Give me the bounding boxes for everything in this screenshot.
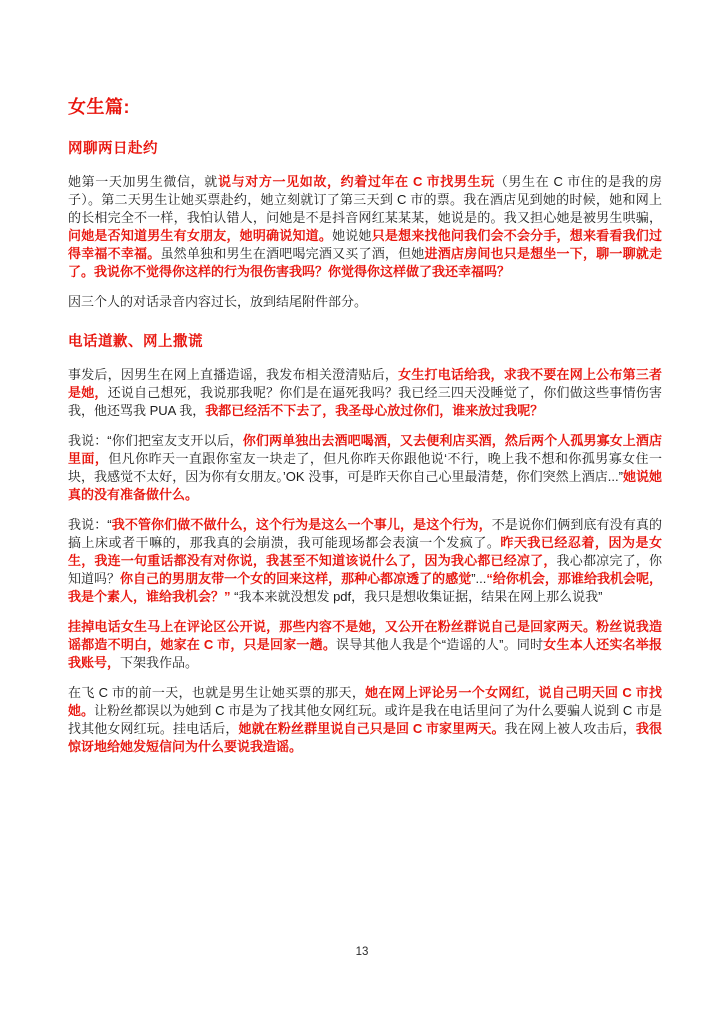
body-text-run: 我说：“: [68, 517, 112, 532]
page-footer: 13: [0, 946, 724, 958]
paragraph: 她第一天加男生微信，就说与对方一见如故，约着过年在 C 市找男生玩（男生在 C …: [68, 173, 662, 281]
document-page: 女生篇:网聊两日赴约她第一天加男生微信，就说与对方一见如故，约着过年在 C 市找…: [0, 0, 724, 1024]
document-content: 女生篇:网聊两日赴约她第一天加男生微信，就说与对方一见如故，约着过年在 C 市找…: [68, 96, 662, 756]
paragraph: 我说：“你们把室友支开以后，你们两单独出去酒吧喝酒，又去便利店买酒，然后两个人孤…: [68, 432, 662, 504]
page-number: 13: [356, 946, 369, 958]
section-heading: 网聊两日赴约: [68, 140, 662, 159]
emphasis-text-run: 说与对方一见如故，约着过年在 C 市找男生玩: [218, 174, 495, 189]
emphasis-text-run: 你自己的男朋友带一个女的回来这样，那种心都凉透了的感觉: [120, 571, 471, 586]
body-text-run: 她说她: [332, 228, 372, 243]
body-text-run: 我在网上被人攻击后，: [505, 721, 636, 736]
body-text-run: 但凡你昨天一直跟你室友一块走了，但凡你昨天你跟他说‘不行，晚上我不想和你孤男寡女…: [68, 451, 662, 484]
body-text-run: 我说：“你们把室友支开以后，: [68, 433, 243, 448]
document-title: 女生篇:: [68, 96, 662, 118]
emphasis-text-run: 她就在粉丝群里说自己只是回 C 市家里两天。: [239, 721, 505, 736]
body-text-run: 虽然单独和男生在酒吧喝完酒又买了酒，但她: [160, 246, 424, 261]
body-text-run: 她第一天加男生微信，就: [68, 174, 218, 189]
body-text-run: 误导其他人我是个“造谣的人”。同时: [336, 637, 543, 652]
paragraph: 我说：“我不管你们做不做什么，这个行为是这么一个事儿，是这个行为，不是说你们俩到…: [68, 516, 662, 606]
body-text-run: 事发后，因男生在网上直播造谣，我发布相关澄清贴后，: [68, 367, 398, 382]
body-text-run: 下架我作品。: [120, 655, 198, 670]
body-text-run: 因三个人的对话录音内容过长，放到结尾附件部分。: [68, 294, 367, 309]
paragraph: 因三个人的对话录音内容过长，放到结尾附件部分。: [68, 293, 662, 311]
emphasis-text-run: 问她是否知道男生有女朋友，她明确说知道。: [68, 228, 332, 243]
emphasis-text-run: 我不管你们做不做什么，这个行为是这么一个事儿，是这个行为，: [112, 517, 492, 532]
paragraph: 在飞 C 市的前一天，也就是男生让她买票的那天，她在网上评论另一个女网红，说自己…: [68, 684, 662, 756]
body-text-run: “我本来就没想发 pdf，我只是想收集证据，结果在网上那么说我”: [231, 589, 603, 604]
emphasis-text-run: 我都已经活不下去了，我圣母心放过你们，谁来放过我呢？: [205, 403, 543, 418]
section-heading: 电话道歉、网上撒谎: [68, 333, 662, 352]
body-text-run: 在飞 C 市的前一天，也就是男生让她买票的那天，: [68, 685, 365, 700]
body-text-run: ”...: [471, 571, 486, 586]
paragraph: 挂掉电话女生马上在评论区公开说，那些内容不是她，又公开在粉丝群说自己是回家两天。…: [68, 618, 662, 672]
paragraph: 事发后，因男生在网上直播造谣，我发布相关澄清贴后，女生打电话给我，求我不要在网上…: [68, 366, 662, 420]
